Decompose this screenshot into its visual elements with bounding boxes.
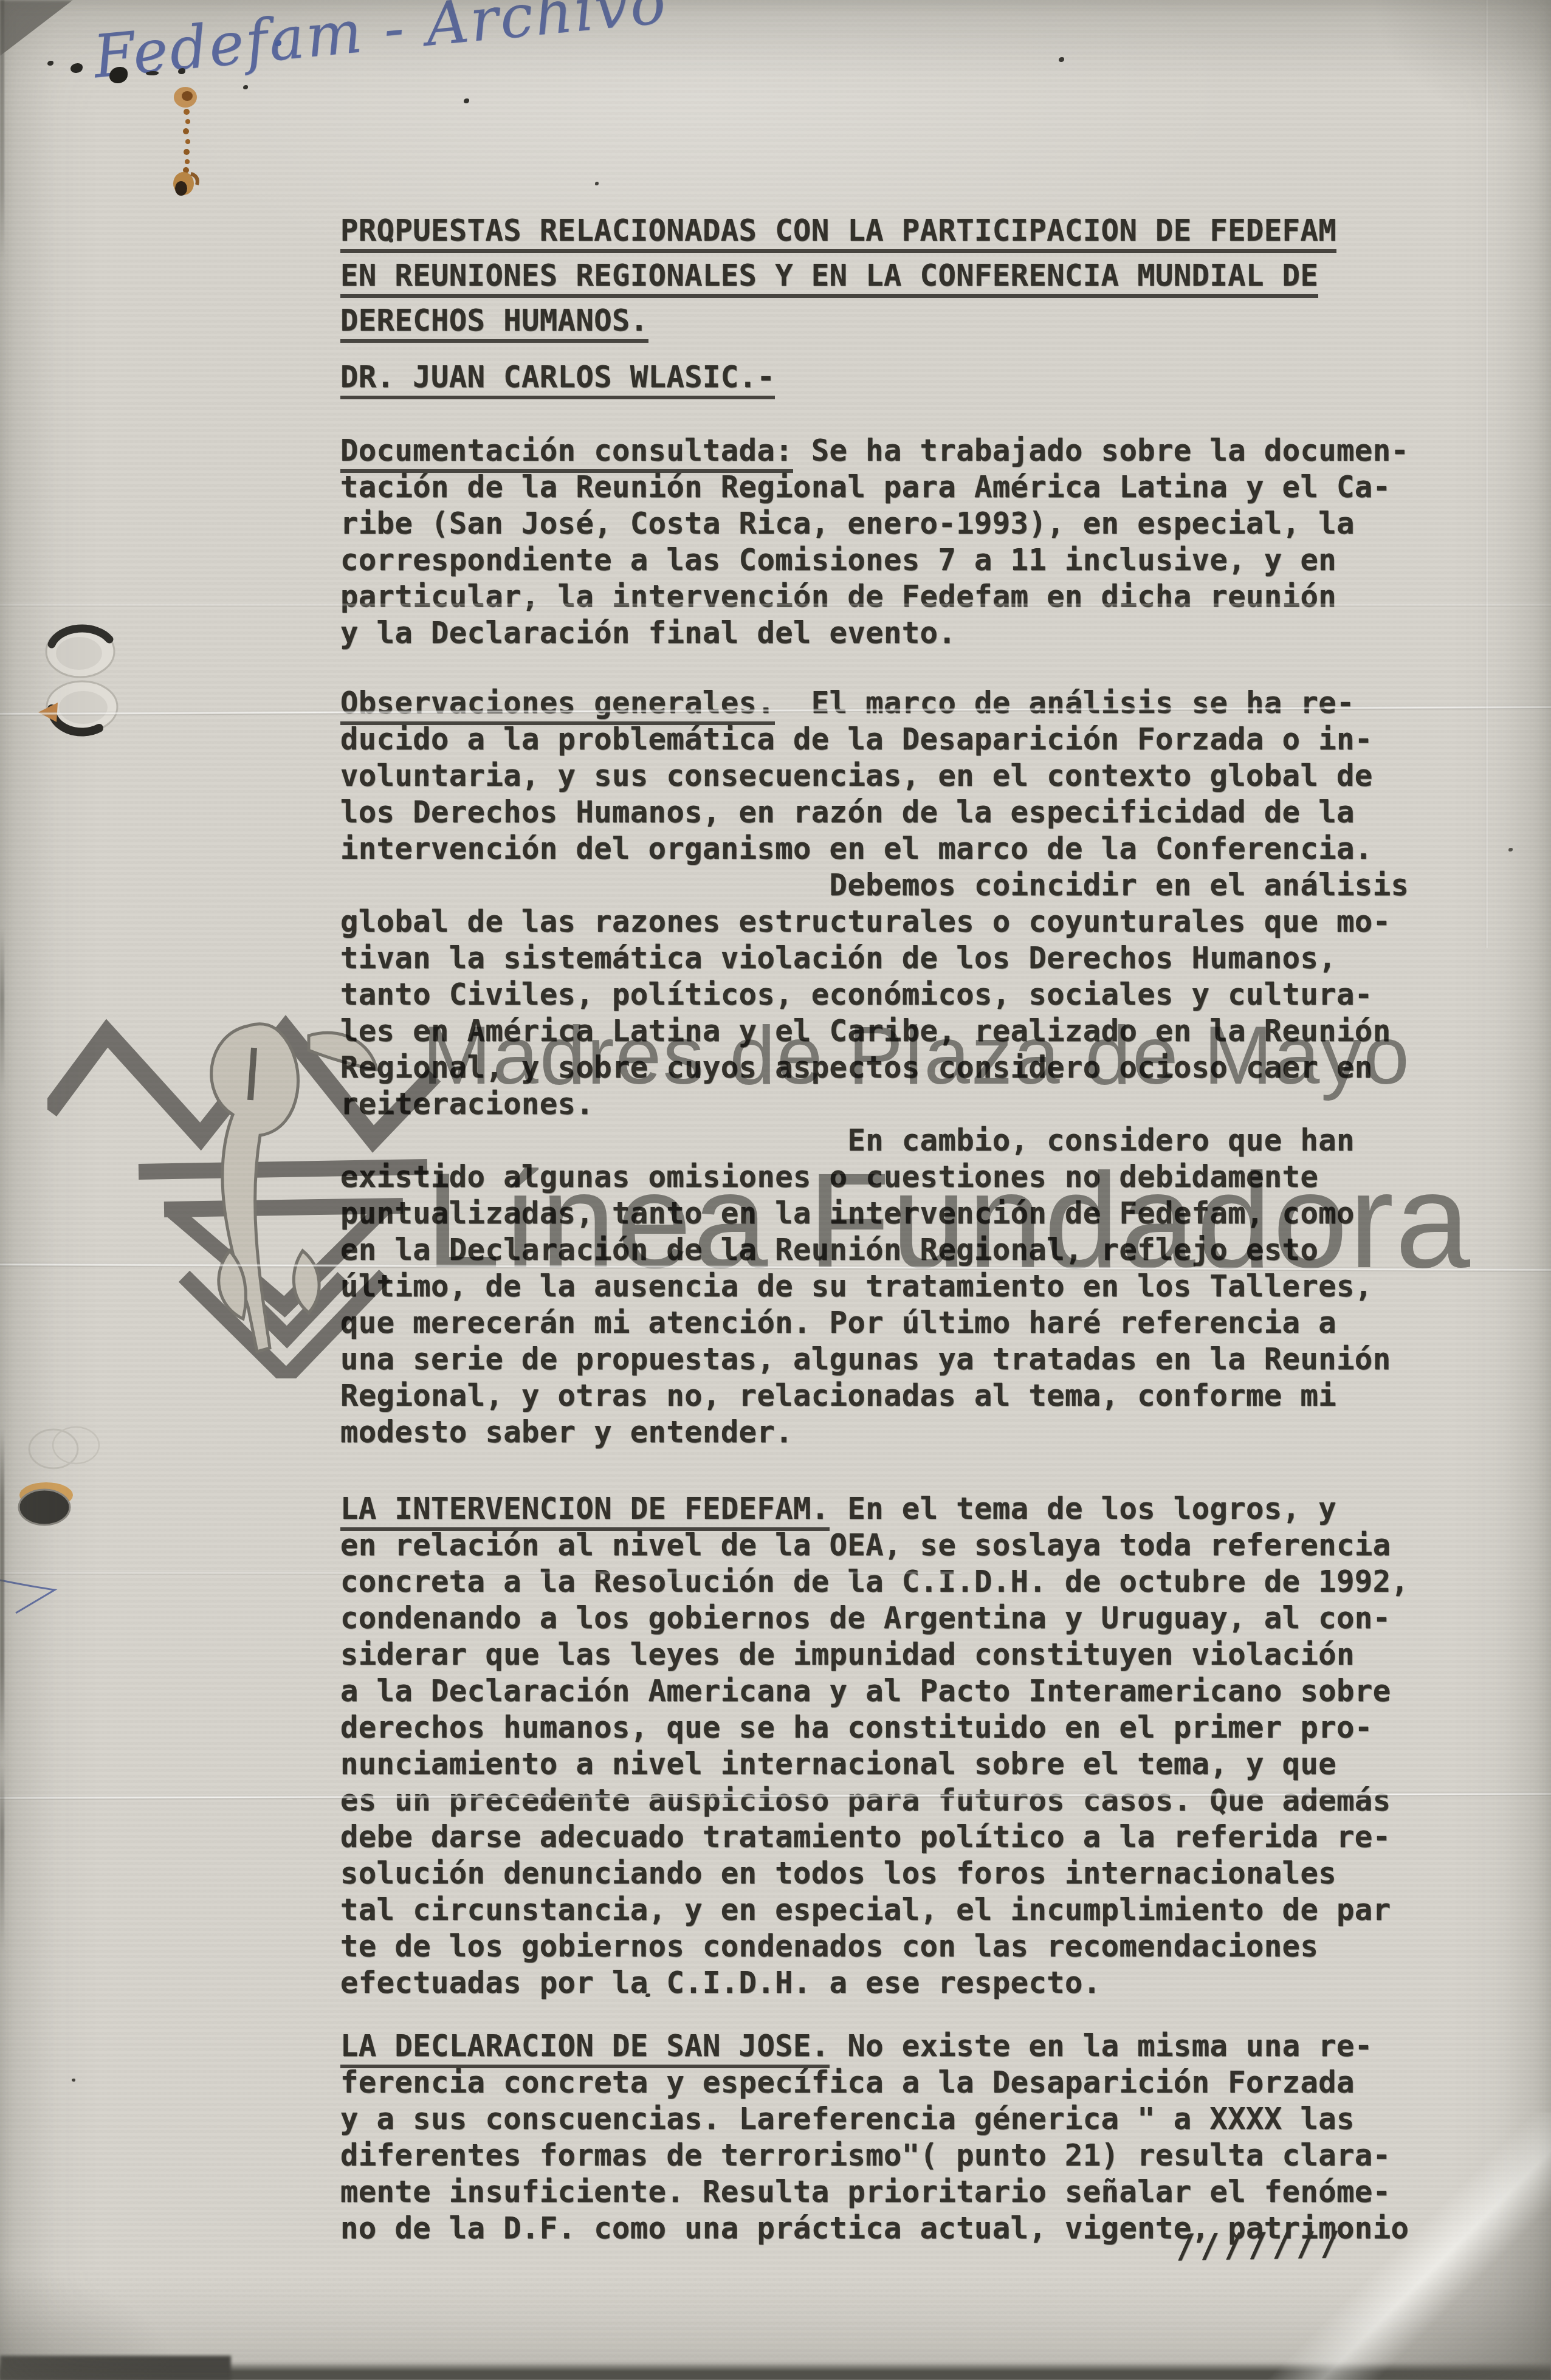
embossed-hole-mark [24, 1422, 109, 1474]
title-line-text: PROPUESTAS RELACIONADAS CON LA PARTICIPA… [340, 213, 1336, 253]
text-line: nunciamiento a nivel internacional sobre… [340, 1746, 1409, 1783]
text-line: te de los gobiernos condenados con las r… [340, 1928, 1409, 1965]
title-line: DERECHOS HUMANOS. [340, 298, 1336, 343]
text-line: global de las razones estructurales o co… [340, 904, 1409, 940]
text-line: que merecerán mi atención. Por último ha… [340, 1305, 1409, 1341]
text-line: voluntaria, y sus consecuencias, en el c… [340, 758, 1409, 794]
text-line: ducido a la problemática de la Desaparic… [340, 721, 1409, 758]
rust-stain [169, 84, 211, 205]
underlined-heading: Documentación consultada: [340, 433, 793, 473]
punch-hole [33, 673, 131, 743]
text-line: a la Declaración Americana y al Pacto In… [340, 1673, 1409, 1710]
paragraph-declaracion: LA DECLARACION DE SAN JOSE. No existe en… [340, 2028, 1409, 2247]
text-line: y a sus conscuencias. Lareferencia géner… [340, 2101, 1409, 2138]
crease-line-vertical [1485, 0, 1489, 948]
text-line: en relación al nivel de la OEA, se sosla… [340, 1527, 1409, 1564]
underlined-heading: Observaciones generales. [340, 686, 775, 725]
text-line: es un precedente auspicioso para futuros… [340, 1783, 1409, 1819]
text-line: LA INTERVENCION DE FEDEFAM. En el tema d… [340, 1491, 1409, 1527]
watermark-madres-text: Madres de Plaza de Mayo [422, 1014, 1411, 1096]
continuation-marks: /////// [1175, 2224, 1344, 2266]
text-line: diferentes formas de terrorismo"( punto … [340, 2138, 1409, 2174]
title-line: PROPUESTAS RELACIONADAS CON LA PARTICIPA… [340, 208, 1336, 253]
text-line: concreta a la Resolución de la C.I.D.H. … [340, 1564, 1409, 1600]
scan-corner-shadow [0, 2356, 231, 2380]
text-line: particular, la intervención de Fedefam e… [340, 579, 1409, 615]
text-line: Debemos coincidir en el análisis [340, 867, 1409, 904]
text-line: efectuadas por la C.I.D.H. a ese respect… [340, 1965, 1409, 2001]
text-line: debe darse adecuado tratamiento político… [340, 1819, 1409, 1856]
text-line: Documentación consultada: Se ha trabajad… [340, 433, 1409, 469]
text-line: modesto saber y entender. [340, 1414, 1409, 1451]
title-line-text: EN REUNIONES REGIONALES Y EN LA CONFEREN… [340, 258, 1318, 298]
text-line: solución denunciando en todos los foros … [340, 1856, 1409, 1892]
document-title: PROPUESTAS RELACIONADAS CON LA PARTICIPA… [340, 208, 1336, 343]
text-line: correspondiente a las Comisiones 7 a 11 … [340, 542, 1409, 579]
text-line: tivan la sistemática violación de los De… [340, 940, 1409, 977]
text-line: los Derechos Humanos, en razón de la esp… [340, 794, 1409, 831]
madres-logo-watermark-icon [47, 989, 449, 1378]
underlined-heading: LA DECLARACION DE SAN JOSE. [340, 2029, 830, 2068]
text-line: una serie de propuestas, algunas ya trat… [340, 1341, 1409, 1378]
text-line: y la Declaración final del evento. [340, 615, 1409, 652]
title-line: EN REUNIONES REGIONALES Y EN LA CONFEREN… [340, 253, 1336, 298]
punch-hole-dark [11, 1477, 93, 1535]
text-line: siderar que las leyes de impunidad const… [340, 1637, 1409, 1673]
scan-edge-shadow [0, 0, 4, 2380]
scanned-document-page: Fedefam - Archivo PROPUESTAS RELACIONADA… [0, 0, 1551, 2380]
author-name: DR. JUAN CARLOS WLASIC.- [340, 360, 775, 399]
paragraph-documentacion: Documentación consultada: Se ha trabajad… [340, 433, 1409, 652]
text-line: Observaciones generales. El marco de aná… [340, 685, 1409, 721]
text-line: derechos humanos, que se ha constituido … [340, 1710, 1409, 1746]
pen-mark [0, 1573, 73, 1622]
text-line: ferencia concreta y específica a la Desa… [340, 2065, 1409, 2101]
text-line: tal circunstancia, y en especial, el inc… [340, 1892, 1409, 1928]
text-line: mente insuficiente. Resulta prioritario … [340, 2174, 1409, 2210]
title-line-text: DERECHOS HUMANOS. [340, 303, 648, 343]
text-line: tanto Civiles, políticos, económicos, so… [340, 977, 1409, 1013]
text-line: intervención del organismo en el marco d… [340, 831, 1409, 867]
watermark-linea-text: Línea Fundadora [425, 1154, 1471, 1288]
text-line: LA DECLARACION DE SAN JOSE. No existe en… [340, 2028, 1409, 2065]
text-line: condenando a los gobiernos de Argentina … [340, 1600, 1409, 1637]
text-line: ribe (San José, Costa Rica, enero-1993),… [340, 506, 1409, 542]
underlined-heading: LA INTERVENCION DE FEDEFAM. [340, 1491, 830, 1531]
author-line: DR. JUAN CARLOS WLASIC.- [340, 359, 775, 396]
text-line: tación de la Reunión Regional para Améri… [340, 469, 1409, 506]
text-line: Regional, y otras no, relacionadas al te… [340, 1378, 1409, 1414]
paragraph-intervencion: LA INTERVENCION DE FEDEFAM. En el tema d… [340, 1491, 1409, 2001]
scan-edge-shadow [0, 2362, 1551, 2380]
